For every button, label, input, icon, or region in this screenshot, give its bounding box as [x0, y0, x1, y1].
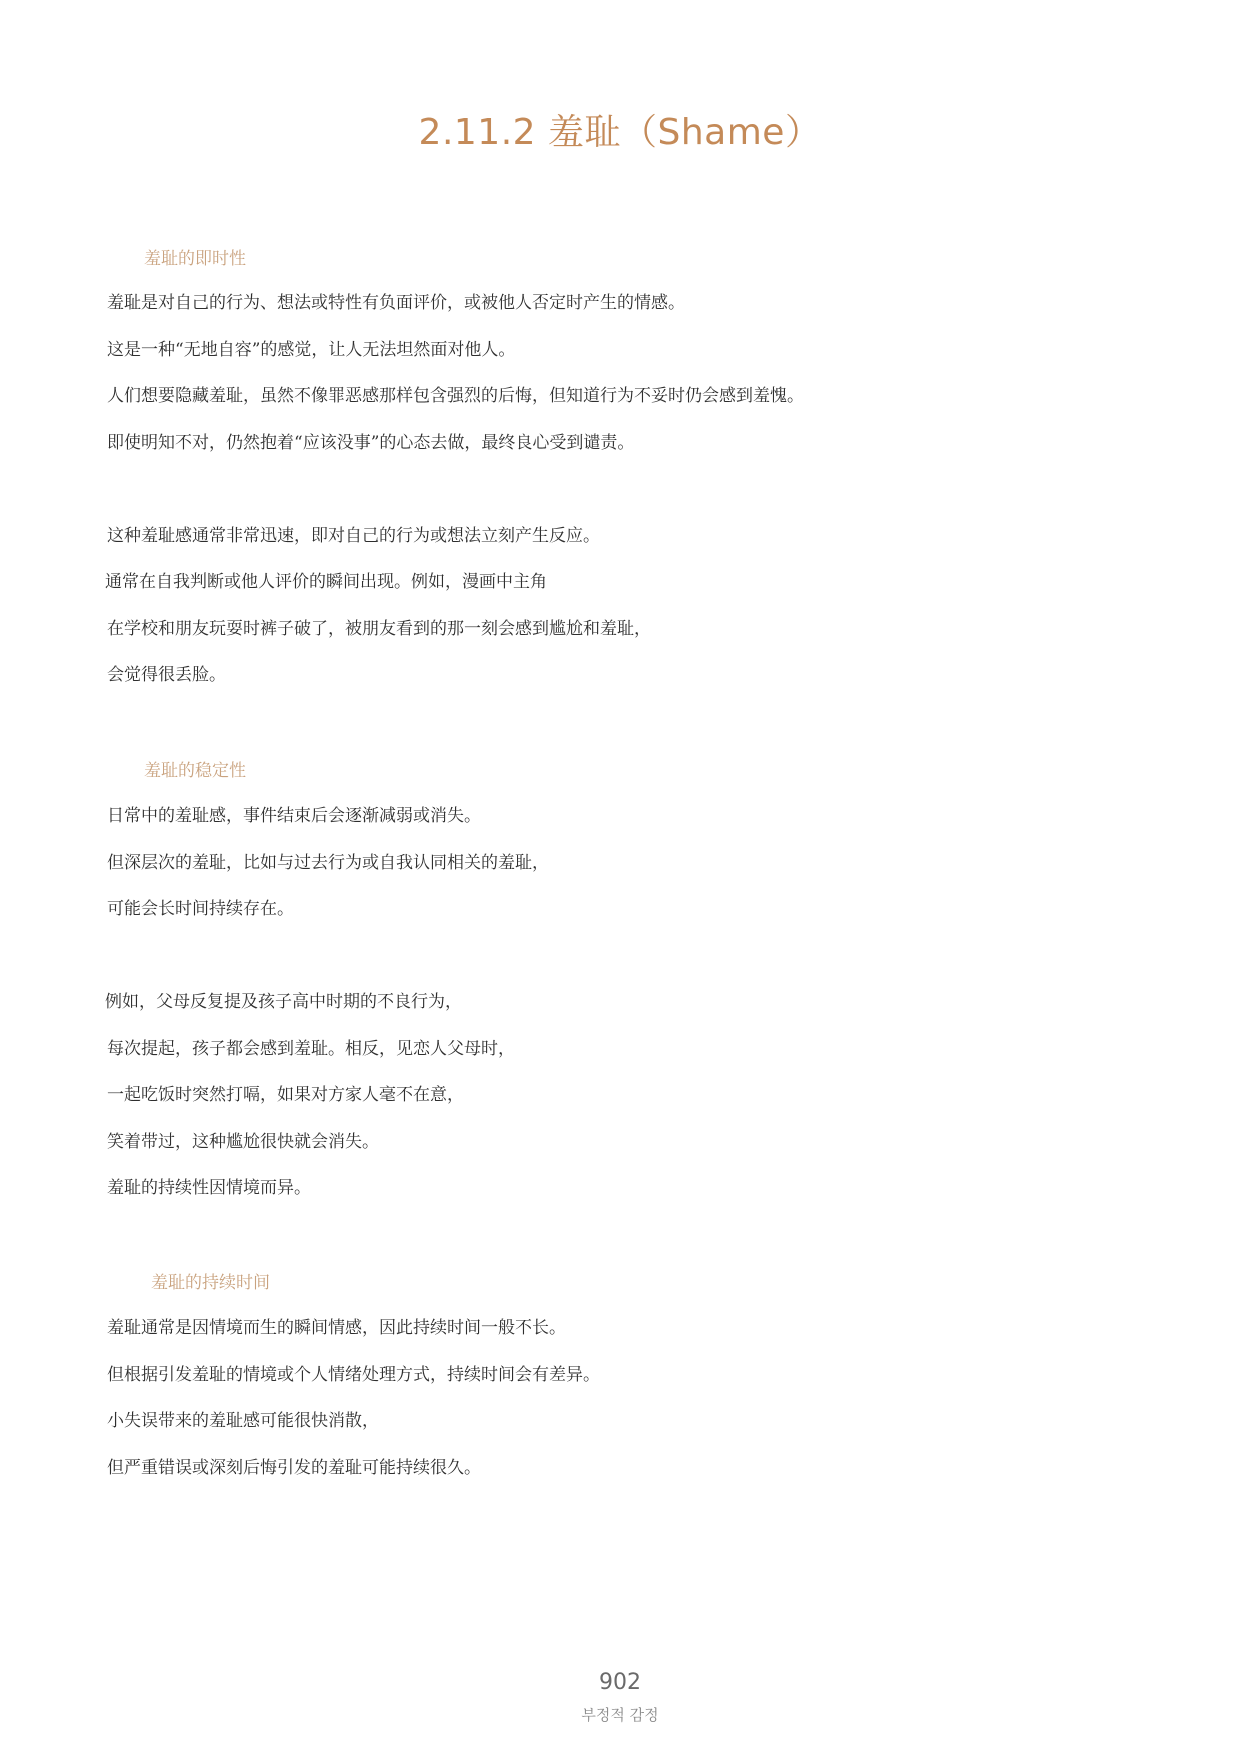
text-line: 人们想要隐藏羞耻，虽然不像罪恶感那样包含强烈的后悔，但知道行为不妥时仍会感到羞愧…	[107, 386, 804, 406]
text-line: 但严重错误或深刻后悔引发的羞耻可能持续很久。	[107, 1458, 481, 1478]
text-line: 可能会长时间持续存在。	[107, 899, 294, 919]
text-line: 羞耻是对自己的行为、想法或特性有负面评价，或被他人否定时产生的情感。	[107, 293, 685, 313]
section-heading: 羞耻的稳定性	[144, 761, 246, 781]
text-line: 但根据引发羞耻的情境或个人情绪处理方式，持续时间会有差异。	[107, 1365, 600, 1385]
text-line: 这是一种“无地自容”的感觉，让人无法坦然面对他人。	[107, 340, 515, 360]
text-line: 这种羞耻感通常非常迅速，即对自己的行为或想法立刻产生反应。	[107, 526, 600, 546]
chapter-footer: 부정적 감정	[0, 1704, 1240, 1725]
text-line: 通常在自我判断或他人评价的瞬间出现。例如，漫画中主角	[105, 572, 547, 592]
text-line: 羞耻通常是因情境而生的瞬间情感，因此持续时间一般不长。	[107, 1318, 566, 1338]
text-line: 笑着带过，这种尴尬很快就会消失。	[107, 1132, 379, 1152]
text-line: 例如，父母反复提及孩子高中时期的不良行为，	[105, 992, 462, 1012]
text-line: 在学校和朋友玩耍时裤子破了，被朋友看到的那一刻会感到尴尬和羞耻，	[107, 619, 651, 639]
text-line: 每次提起，孩子都会感到羞耻。相反，见恋人父母时，	[107, 1039, 515, 1059]
page-number: 902	[0, 1670, 1240, 1695]
text-line: 即使明知不对，仍然抱着“应该没事”的心态去做，最终良心受到谴责。	[107, 433, 634, 453]
text-line: 日常中的羞耻感，事件结束后会逐渐减弱或消失。	[107, 806, 481, 826]
text-line: 会觉得很丢脸。	[107, 665, 226, 685]
text-line: 羞耻的持续性因情境而异。	[107, 1178, 311, 1198]
section-heading: 羞耻的即时性	[144, 249, 246, 269]
section-heading: 羞耻的持续时间	[151, 1273, 270, 1293]
text-line: 但深层次的羞耻，比如与过去行为或自我认同相关的羞耻，	[107, 853, 549, 873]
page-title: 2.11.2 羞耻（Shame）	[0, 104, 1240, 155]
text-line: 小失误带来的羞耻感可能很快消散，	[107, 1411, 379, 1431]
text-line: 一起吃饭时突然打嗝，如果对方家人毫不在意，	[107, 1085, 464, 1105]
